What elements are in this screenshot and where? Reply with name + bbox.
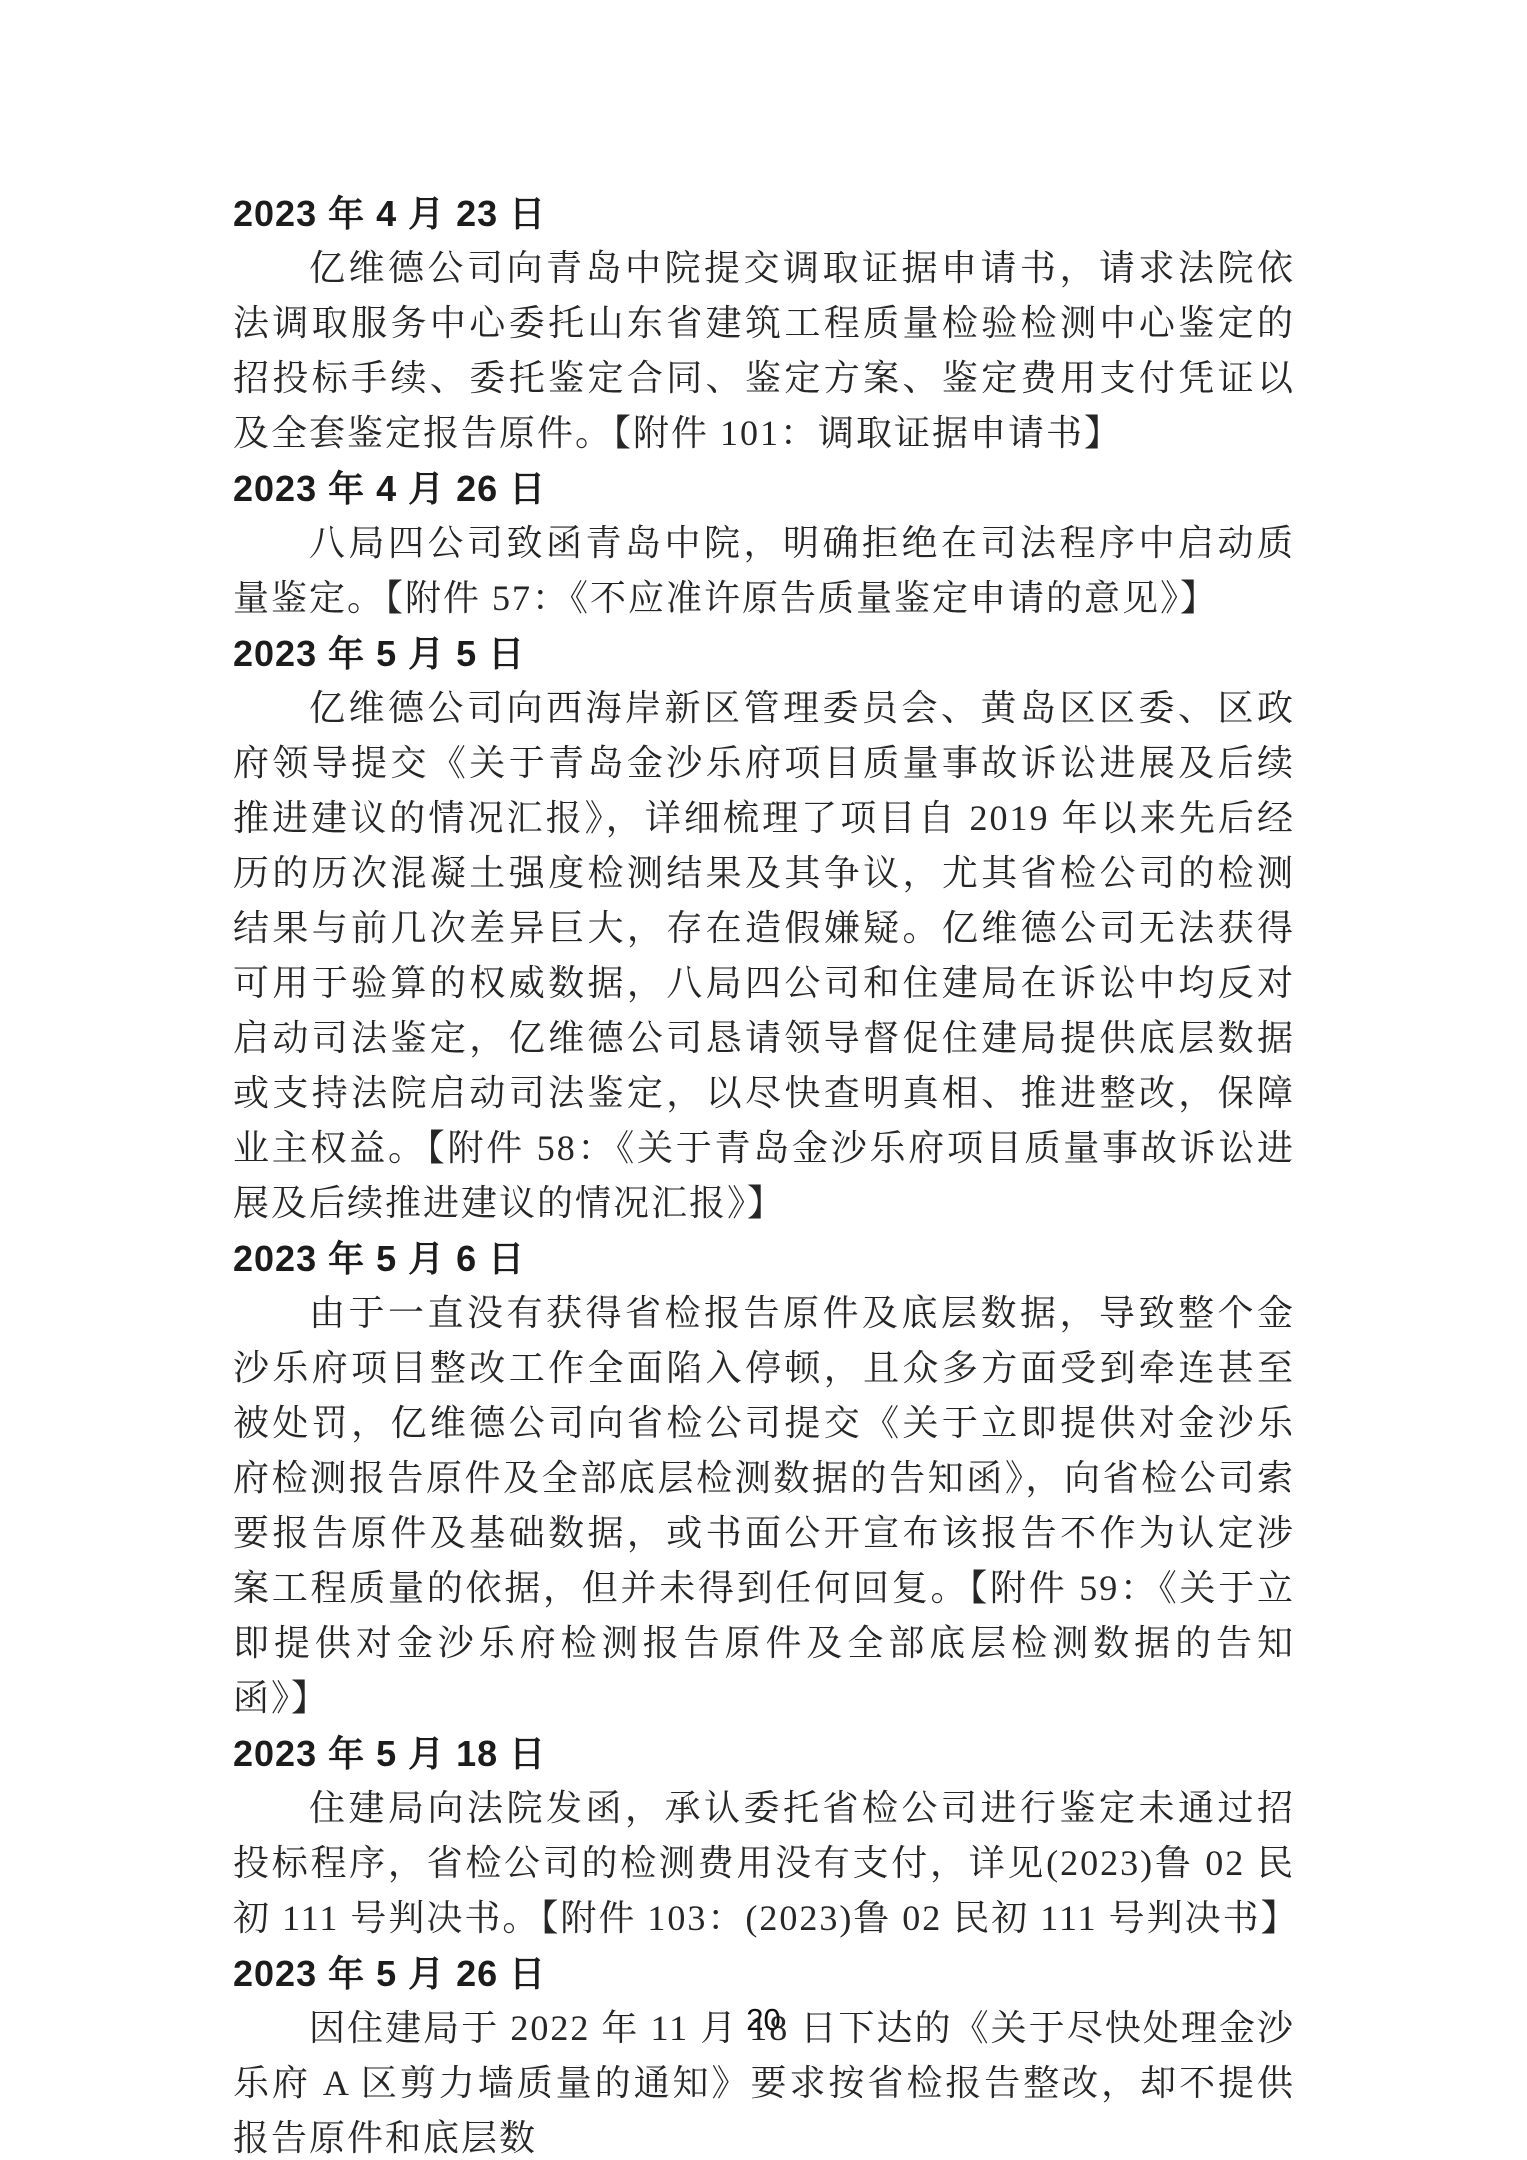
timeline-entry: 2023 年 5 月 5 日 亿维德公司向西海岸新区管理委员会、黄岛区区委、区政… — [233, 626, 1295, 1231]
timeline-entry: 2023 年 5 月 18 日 住建局向法院发函，承认委托省检公司进行鉴定未通过… — [233, 1726, 1295, 1946]
entry-date-heading: 2023 年 5 月 6 日 — [233, 1231, 1295, 1286]
timeline-entry: 2023 年 4 月 26 日 八局四公司致函青岛中院，明确拒绝在司法程序中启动… — [233, 461, 1295, 626]
entry-date-heading: 2023 年 5 月 5 日 — [233, 626, 1295, 681]
page-number: 20 — [0, 2002, 1527, 2038]
entry-date-heading: 2023 年 5 月 26 日 — [233, 1946, 1295, 2001]
timeline-entry: 2023 年 5 月 6 日 由于一直没有获得省检报告原件及底层数据，导致整个金… — [233, 1231, 1295, 1726]
document-page: 2023 年 4 月 23 日 亿维德公司向青岛中院提交调取证据申请书，请求法院… — [0, 0, 1527, 2160]
entry-date-heading: 2023 年 4 月 23 日 — [233, 186, 1295, 241]
entry-date-heading: 2023 年 5 月 18 日 — [233, 1726, 1295, 1781]
entry-paragraph: 亿维德公司向青岛中院提交调取证据申请书，请求法院依法调取服务中心委托山东省建筑工… — [233, 241, 1295, 461]
timeline-entry: 2023 年 5 月 26 日 因住建局于 2022 年 11 月 18 日下达… — [233, 1946, 1295, 2160]
entry-paragraph: 由于一直没有获得省检报告原件及底层数据，导致整个金沙乐府项目整改工作全面陷入停顿… — [233, 1286, 1295, 1726]
entry-paragraph: 八局四公司致函青岛中院，明确拒绝在司法程序中启动质量鉴定。【附件 57：《不应准… — [233, 516, 1295, 626]
entry-paragraph: 亿维德公司向西海岸新区管理委员会、黄岛区区委、区政府领导提交《关于青岛金沙乐府项… — [233, 681, 1295, 1231]
entry-date-heading: 2023 年 4 月 26 日 — [233, 461, 1295, 516]
entry-paragraph: 住建局向法院发函，承认委托省检公司进行鉴定未通过招投标程序，省检公司的检测费用没… — [233, 1781, 1295, 1946]
timeline-content: 2023 年 4 月 23 日 亿维德公司向青岛中院提交调取证据申请书，请求法院… — [233, 186, 1295, 2160]
timeline-entry: 2023 年 4 月 23 日 亿维德公司向青岛中院提交调取证据申请书，请求法院… — [233, 186, 1295, 461]
